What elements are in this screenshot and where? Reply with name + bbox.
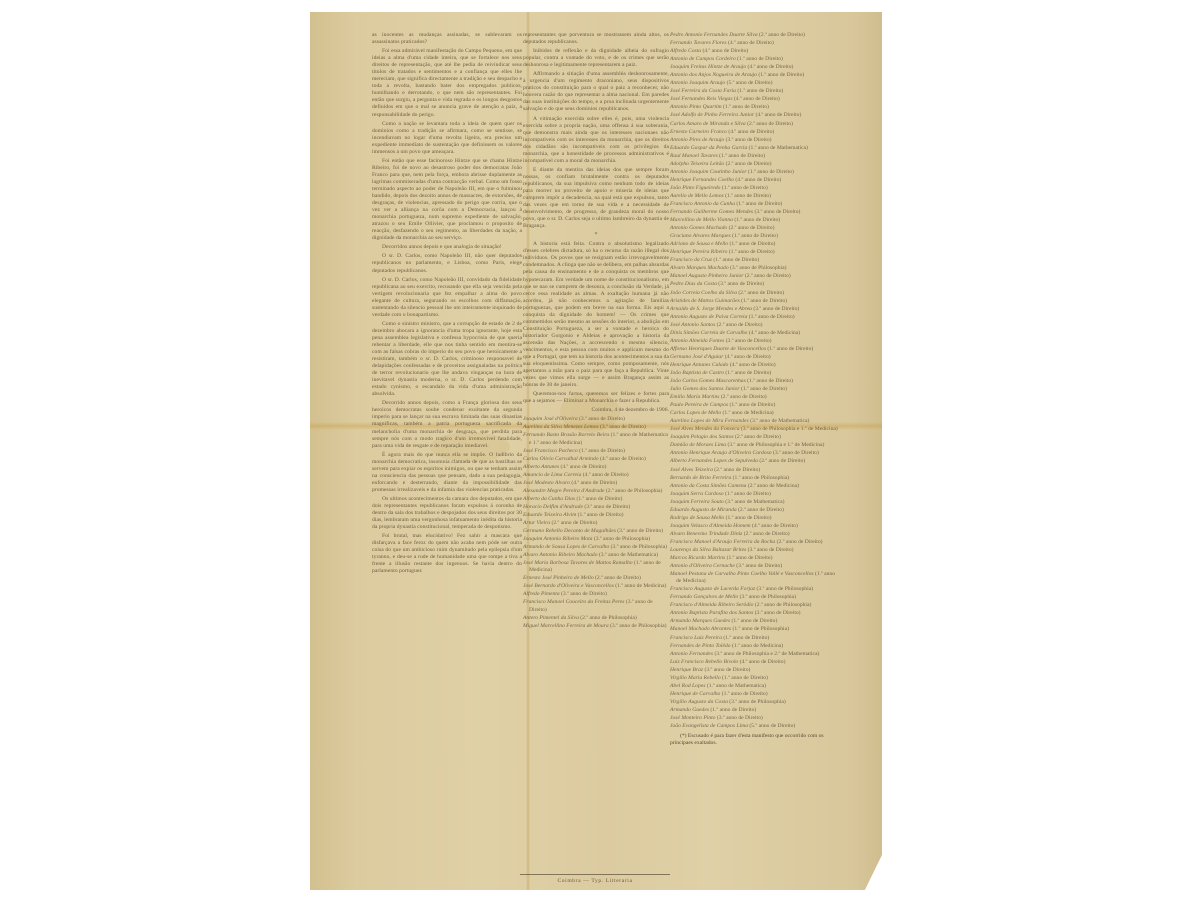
signatory-name: João Carlos Gomes Mascarenhas <box>670 378 747 384</box>
signatory: Virgilio Maria Rebello (1.º anno de Dire… <box>670 675 838 682</box>
signatory-course: (4.º anno de Direito) <box>583 472 629 478</box>
signatory-name: Alfredo Costa <box>670 48 702 54</box>
signatory: Arnaldo de S. Jorge Mendes e Abreu (3.º … <box>670 306 838 313</box>
signatory-name: Fernando Basto Brasão Borrelo Beira <box>523 432 611 438</box>
signatory-course: (4.º anno de Medicina) <box>749 330 800 336</box>
signatory-name: José Adolfo de Pinho Ferreira Junior <box>670 112 755 118</box>
signatory: José Alves Mendes da Fonseca (3.º anno d… <box>670 426 838 433</box>
signatory-name: Eduardo Gaspar da Penha Garcia <box>670 145 749 151</box>
signatory-name: Emilio Maria Martins <box>670 394 721 400</box>
signatory-name: Alberto da Cunha Dias <box>523 496 576 502</box>
signatory-name: Ernesto José Pinheiro de Mello <box>523 575 595 581</box>
signatory-name: Lourenço da Silva Baltazar Brites <box>670 547 748 553</box>
signatory-name: José Maria Barbosa Tavares de Mattos Ram… <box>523 560 634 566</box>
signatory-course: (1.º anno de Philosophia) <box>733 475 789 481</box>
signatory-name: José Alves Mendes da Fonseca <box>670 426 741 432</box>
signatory-name: Manoel Pestana de Carvalho Pinto Coelho … <box>670 571 815 577</box>
signatory-course: (2.º anno de Direito) <box>745 273 791 279</box>
signatory-course: (1.º anno de Direito) <box>758 72 804 78</box>
paragraph: as inocentes as mudanças assinadas, se s… <box>372 32 522 46</box>
signatory-course: (1.º anno de Direito) <box>723 635 769 641</box>
signatory: Alberto Antunes (4.º anno de Direito) <box>523 464 669 471</box>
printer-imprint: Coimbra — Typ. Litteraria <box>520 874 670 884</box>
signatory: Eduardo Augusto de Miranda (2.º anno de … <box>670 507 838 514</box>
signatory-name: Antonio da Costa Simões Camena <box>670 483 748 489</box>
signatory-course: (4.º anno de Direito) <box>561 464 607 470</box>
signatory-name: José Antonio Santos <box>670 322 717 328</box>
signatory-name: Antonio Fernandes <box>670 651 714 657</box>
signatory-name: Fernando Tavares Flores <box>670 40 728 46</box>
signatory: Joaquim José d'Oliveira (3.º anno de Dir… <box>523 416 669 423</box>
signatory-name: Fernando Gonçalves de Mello <box>670 594 740 600</box>
signatory: José Adolfo de Pinho Ferreira Junior (4.… <box>670 112 838 119</box>
signatory: Abel Rod Lopes (1.º anno de Mathematica) <box>670 683 838 690</box>
signatory: Amancio de Lima Correia (4.º anno de Dir… <box>523 472 669 479</box>
signatory-name: Henrique Fernandes Coelho <box>670 177 735 183</box>
signatory-name: Alvaro Benevino Trindade Diniz <box>670 531 744 537</box>
signatory-name: Carlos Lopes de Mello <box>670 410 723 416</box>
signatory-name: José Alves Teixeira <box>670 467 714 473</box>
signatory-course: (3.º anno de Direito) <box>748 547 794 553</box>
signatory-course: (1.º anno de Direito) <box>748 169 794 175</box>
signatory-course: (3.º anno de Philosophia e 1.º de Medici… <box>728 442 825 448</box>
section-separator: * <box>523 232 669 238</box>
dateline: Coimbra, 4 de dezembro de 1906. <box>523 407 669 414</box>
signatory: Antonio dos Anjos Nogueira de Araujo (1.… <box>670 72 838 79</box>
signatory-course: (1.º anno de Direito) <box>741 298 787 304</box>
signatory: Marcos Ricardo Martins (1.º anno de Dire… <box>670 555 838 562</box>
signatory-course: (2.º anno de Direito) <box>747 121 793 127</box>
signatory-name: Alvaro Marques Machado <box>670 265 730 271</box>
signatory-course: (5.º anno de Direito) <box>727 80 773 86</box>
signatory-name: Germano Rebello Decanto de Magalhães <box>523 528 617 534</box>
signatory-course: (1.º anno de Direito) <box>722 691 768 697</box>
signatory: Manoel Pestana de Carvalho Pinto Coelho … <box>670 571 838 585</box>
signatory-name: Aurelio de Mello Lemos <box>670 193 725 199</box>
signatory-course: (1.º anno de Direito) <box>722 675 768 681</box>
signatory-course: (3.º anno de Direito) <box>726 137 772 143</box>
signatory: Antonio Augusto de Paiva Correia (1.º an… <box>670 314 838 321</box>
signatory-course: (1.º anno de Direito) <box>579 448 625 454</box>
signatory-course: (1.º anno de Direito) <box>722 185 768 191</box>
signatory-name: Carlos Amaro de Miranda e Silva <box>670 121 747 127</box>
signatory: Francisco Augusto de Lacerda Forjaz (3.º… <box>670 586 838 593</box>
signatory-name: João Baptista de Castro <box>670 370 725 376</box>
signatory-course: (3.º anno de Direito) <box>718 281 764 287</box>
signatory-course: (3.º anno de Mathematica) <box>725 499 784 505</box>
signatory-course: (2.º anno de Direito) <box>726 161 772 167</box>
signatory-name: Manoel Machado Abrantes <box>670 626 733 632</box>
signatory: Virgilio Augusto da Costa (3.º anno de P… <box>670 699 838 706</box>
signatory-name: Antonio Augusto de Paiva Correia <box>670 314 749 320</box>
signatory: Affonso Henriques Duarte de Vasconcellos… <box>670 346 838 353</box>
signatory: Antero Pimentel da Silva (2.º anno de Ph… <box>523 615 669 622</box>
signatory: Eduardo Gaspar da Penha Garcia (1.º anno… <box>670 145 838 152</box>
text-column-3: Pedro Antonio Fernandes Duarte Silva (2.… <box>670 32 838 747</box>
signatory: Graciano Alvares Marques (1.º anno de Di… <box>670 233 838 240</box>
signatory-course: (1.º anno de Direito) <box>749 314 795 320</box>
signatory: Antonio d'Oliveira Cernache (3.º anno de… <box>670 563 838 570</box>
signatory-course: (3.º anno de Direito) <box>600 424 646 430</box>
signatory: João Carlos Gomes Mascarenhas (1.º anno … <box>670 378 838 385</box>
signatory-name: Francisco d'Almeida Ribeiro Serôdio <box>670 602 755 608</box>
signatory-name: Antonio Gomes Machado <box>670 225 729 231</box>
signatory-course: (2.º anno de Philosophia) <box>755 602 811 608</box>
signatory-name: Henrique de Carvalho <box>670 691 722 697</box>
signatory-course: (2.º anno de Philosophia) <box>580 615 636 621</box>
signatory-course: (4.º anno de Direito) <box>728 40 774 46</box>
signatory: Alexandre Megre Pereira d'Andrade (2.º a… <box>523 488 669 495</box>
signatory: Carlos Lopes de Mello (1.º anno de Medic… <box>670 410 838 417</box>
signatory-course: (1.º anno de Direito) <box>741 386 787 392</box>
signatory: Francisco d'Almeida Ribeiro Serôdio (2.º… <box>670 602 838 609</box>
signatory: Alvaro Benevino Trindade Diniz (2.º anno… <box>670 531 838 538</box>
signatory-course: (3.º anno de Philosophia e 1.º de Medici… <box>741 426 838 432</box>
signatory: Lourenço da Silva Baltazar Brites (3.º a… <box>670 547 838 554</box>
signatory-course: (4.º anno de Direito) <box>755 112 801 118</box>
paragraph: É agora mais do que nunca ella se impõe.… <box>372 452 522 494</box>
signatory-name: Antonio Pinto Quartim <box>670 104 723 110</box>
paragraph: Foi essa admirável manifestação do Campo… <box>372 48 522 118</box>
signatory: Francisco Luiz Pereira (1.º anno de Dire… <box>670 635 838 642</box>
signatory-name: Alfredo Pimenta <box>523 591 561 597</box>
signatory-name: João Correia Coelho da Silva <box>670 290 738 296</box>
signatory: Aurelino da Silva Menezes Lemos (3.º ann… <box>523 424 669 431</box>
signatory-name: Armando Guedes <box>670 707 710 713</box>
signatory-course: (4.º anno de Direito) <box>730 362 776 368</box>
signatory: José Modesto Alvaro (4.º anno de Direito… <box>523 480 669 487</box>
signatory-name: Aristides de Mattos Guimarães <box>670 298 741 304</box>
signatory: Joaquim Ferreira Souto (3.º anno de Math… <box>670 499 838 506</box>
paragraph: Como a nação se levantara toda a ideia d… <box>372 121 522 156</box>
signatory-course: (3.º anno de Philosophia) <box>729 699 785 705</box>
signatory: Luiz Francisco Rebello Bivolo (4.º anno … <box>670 659 838 666</box>
signatory-course: (1.º anno de Medicina) <box>732 643 783 649</box>
signatory: Damião de Moraes Lima (3.º anno de Philo… <box>670 442 838 449</box>
signatory-name: Armando Marques Guedes <box>670 618 731 624</box>
signatory-name: Joaquim Serra Cardoso <box>670 491 725 497</box>
signatory: Joaquim Pelagio dos Santos (2.º anno de … <box>670 434 838 441</box>
signatory-course: (4.º anno de Direito) <box>748 64 794 70</box>
signatory-name: Virgilio Augusto da Costa <box>670 699 729 705</box>
signatory-name: José Francisco Pacheco <box>523 448 579 454</box>
signatory: Antonio Baptista Parafita dos Santos (3.… <box>670 610 838 617</box>
signatory-course: (1.º anno de Direito) <box>736 201 782 207</box>
signatory-name: Henrique Antunes Calado <box>670 362 730 368</box>
signatory: Rodrigo de Sousa Mello (1.º anno de Dire… <box>670 515 838 522</box>
signatory-name: Ernesto Carneiro Franco <box>670 129 728 135</box>
signatory: Germano Rebello Decanto de Magalhães (3.… <box>523 528 669 535</box>
signatory-name: Manoel Augusto Pinheiro Junior <box>670 273 745 279</box>
signatory: Alvaro Antonio Ribeiro Machado (3.º anno… <box>523 552 669 559</box>
signatory-name: Henrique Braz <box>670 667 705 673</box>
signatory-course: (1.º anno de Mathematica) <box>749 145 808 151</box>
paragraph: Foi então que esse facinoroso Hintze que… <box>372 158 522 243</box>
signatory-name: Francisco Augusto de Lacerda Forjaz <box>670 586 757 592</box>
signatory: Aristides de Mattos Guimarães (1.º anno … <box>670 298 838 305</box>
paragraph: O sr. D. Carlos, como Napoleão III, não … <box>372 253 522 274</box>
signatory-name: Francisco Luiz Pereira <box>670 635 723 641</box>
paragraph: O sr. D. Carlos, como Napoleão III, conv… <box>372 277 522 319</box>
signatory-name: Joaquim Velasco d'Almeida Homem <box>670 523 752 529</box>
signatory: Antonio Henrique Araujo d'Oliveira Cardo… <box>670 450 838 457</box>
signatory: Manoel Augusto Pinheiro Junior (2.º anno… <box>670 273 838 280</box>
signatory-course: (2.º anno de Direito) <box>759 32 805 38</box>
signatory-course: (3.º anno de Direito) <box>705 667 751 673</box>
signatory-course: (4.º anno de Direito) <box>735 177 781 183</box>
signatory-course: (5.º anno de Direito) <box>749 723 795 729</box>
signatory-course: (2.º anno de Direito) <box>721 394 767 400</box>
signatory-course: (1.º anno de Direito) <box>747 378 793 384</box>
signatory-name: Virgilio Maria Rebello <box>670 675 722 681</box>
signatory: Fernando Basto Brasão Borrelo Beira (1.º… <box>523 432 669 446</box>
signatory-name: Fernando Guilherme Gomes Mendes <box>670 209 755 215</box>
signatory: Armando de Sousa Lopes de Carvalho (3.º … <box>523 544 669 551</box>
signatory-course: (3.º anno de Mathematica) <box>750 418 809 424</box>
signatory-name: Amancio de Lima Correia <box>523 472 583 478</box>
signatory-name: Eduardo Teixeira Alvim <box>523 512 578 518</box>
signatory-course: (1.º anno de Direito) <box>723 104 769 110</box>
signatory-name: João Evangelista de Campos Lima <box>670 723 749 729</box>
signatory: João Correia Coelho da Silva (2.º anno d… <box>670 290 838 297</box>
signatory-course: (3.º anno de Philosophia) <box>757 586 813 592</box>
signatory: Henrique Pereira Ribeiro (1.º anno de Di… <box>670 249 838 256</box>
paragraph: Decorrido annos depois, como a França gl… <box>372 400 522 449</box>
paragraph: Affirmando a sitiação d'uma assembléa de… <box>523 71 669 113</box>
signatory: Eduardo Teixeira Alvim (1.º anno de Dire… <box>523 512 669 519</box>
signatory: Antonio Pires de Araujo (3.º anno de Dir… <box>670 137 838 144</box>
signatory-name: Marcos Ricardo Martins <box>670 555 727 561</box>
signatory: Aurelio de Mello Lemos (1.º anno de Dire… <box>670 193 838 200</box>
signatory-course: (1.º anno de Philosophia) <box>733 626 789 632</box>
signatory: Emilio Maria Martins (2.º anno de Direit… <box>670 394 838 401</box>
signatory-course: (4.º anno de Direito) <box>600 456 646 462</box>
signatory: Alfredo Pimenta (3.º anno de Direito) <box>523 591 669 598</box>
signatory: Francisco da Cruz (1.º anno de Direito) <box>670 257 838 264</box>
signatory-name: Alvaro Antonio Ribeiro Machado <box>523 552 599 558</box>
signatory-name: Pedro Dias da Costa <box>670 281 718 287</box>
signatory-course: (4.º anno de Direito) <box>702 48 748 54</box>
signatory-course: (2.º anno de Direito) <box>744 531 790 537</box>
signatory: José Bernardo d'Oliveira e Vasconcellos … <box>523 583 669 590</box>
signatory-course: (1.º anno de Medicina) <box>723 410 774 416</box>
signatory: Alberto Fernandes Lopes de Sepulveda (2.… <box>670 458 838 465</box>
signatory: Bernardo de Brito Ferreira (1.º anno de … <box>670 475 838 482</box>
signatory-name: Joaquim Ferreira Souto <box>670 499 725 505</box>
signatory: José Francisco Pacheco (1.º anno de Dire… <box>523 448 669 455</box>
signatory-course: (2.º anno de Medicina) <box>748 483 799 489</box>
signatory-name: Francisco da Cruz <box>670 257 713 263</box>
signatory-course: (3.º anno de Direito) <box>753 306 799 312</box>
signatory: João Baptista de Castro (1.º anno de Dir… <box>670 370 838 377</box>
signatory-name: Francisco Antonio da Cunha <box>670 201 736 207</box>
paragraph: A historia está feita. Contra o absoluti… <box>523 241 669 389</box>
signatory-course: (3.º anno de Direito) <box>726 338 772 344</box>
signatory-name: Miguel Marcellino Ferreira de Moura <box>523 623 610 629</box>
signatory: Ernesto Carneiro Franco (4.º anno de Dir… <box>670 129 838 136</box>
signatory-name: José Monteiro Pinto <box>670 715 717 721</box>
signatory-course: (1.º anno de Direito) <box>737 56 783 62</box>
paragraph: Queremos-nos fartos, queremos ser felize… <box>523 391 669 405</box>
signatory-course: (1.º anno de Direito) <box>732 233 778 239</box>
signatory-course: (4.º anno de Direito) <box>725 354 771 360</box>
signatory: Armando Marques Guedes (1.º anno de Dire… <box>670 618 838 625</box>
signatory: Marcellino de Mello Vianna (1.º anno de … <box>670 217 838 224</box>
signatory: Joaquim Velasco d'Almeida Homem (4.º ann… <box>670 523 838 530</box>
signatory: Francisco Antonio da Cunha (1.º anno de … <box>670 201 838 208</box>
signatory-course: (4.º anno de Direito) <box>752 523 798 529</box>
signatory-name: Affonso Henriques Duarte de Vasconcellos <box>670 346 767 352</box>
signatory-course: (4.º anno de Direito) <box>728 129 774 135</box>
signatory-name: Antonio Henrique Araujo d'Oliveira Cardo… <box>670 450 773 456</box>
signatory: José Antonio Santos (2.º anno de Direito… <box>670 322 838 329</box>
signatory-course: (2.º anno de Philosophia) <box>606 488 662 494</box>
signatory-course: (1.º anno de Direito) <box>725 491 771 497</box>
signatory-course: (2.º anno de Direito) <box>738 507 784 513</box>
signatory: Antonio Joaquim Araujo (5.º anno de Dire… <box>670 80 838 87</box>
signatory-course: (1.º anno de Direito) <box>729 402 775 408</box>
signatory-course: (1.º anno de Direito) <box>725 193 771 199</box>
signatory-name: Antero Pimentel da Silva <box>523 615 580 621</box>
signatory: Aurelino Lopes de Mira Fernandes (3.º an… <box>670 418 838 425</box>
signatory: Alberto da Cunha Dias (1.º anno de Direi… <box>523 496 669 503</box>
paragraph: Decorridos annos depois e que analogia d… <box>372 244 522 251</box>
signatory-list: Joaquim José d'Oliveira (3.º anno de Dir… <box>523 416 669 629</box>
signatory: Joaquim Freitas Hintze de Araujo (4.º an… <box>670 64 838 71</box>
signatory-course: (1.º anno de Direito) <box>729 249 775 255</box>
signatory-name: Francisco Manoel d'Araujo Ferreira da Ro… <box>670 539 777 545</box>
signatory-course: (3.º anno de Direito) <box>584 504 630 510</box>
signatory-course: (3.º anno de Direito) <box>717 715 763 721</box>
signatory: Fernando Gonçalves de Mello (3.º anno de… <box>670 594 838 601</box>
signatory-course: (3.º anno de Philosophia) <box>611 544 667 550</box>
signatory-name: Armando de Sousa Lopes de Carvalho <box>523 544 611 550</box>
signatory: Alfredo Costa (4.º anno de Direito) <box>670 48 838 55</box>
signatory-course: (2.º anno de Direito) <box>717 322 763 328</box>
signatory-name: José Ferreira da Costa Faria <box>670 88 737 94</box>
signatory-course: (3.º anno de Direito) <box>561 591 607 597</box>
signatory: Horacio Delfim d'Andrade (3.º anno de Di… <box>523 504 669 511</box>
signatory-name: José Modesto Alvaro <box>523 480 571 486</box>
signatory-name: Antonio Almeida Fontes <box>670 338 726 344</box>
signatory-name: José Fernandes Reis Viegas <box>670 96 734 102</box>
signatory: Alvaro Marques Machado (3.º anno de Phil… <box>670 265 838 272</box>
paragraph: A vitimação exercida sobre elles é, pois… <box>523 116 669 165</box>
signatory-course: (1.º anno de Direito) <box>767 346 813 352</box>
signatory: Antonio Pinto Quartim (1.º anno de Direi… <box>670 104 838 111</box>
signatory-name: Antonio Joaquim Coutinho Junior <box>670 169 748 175</box>
signatory: Pedro Antonio Fernandes Duarte Silva (2.… <box>670 32 838 39</box>
signatory: João Evangelista de Campos Lima (5.º ann… <box>670 723 838 730</box>
signatory-course: (2.º anno de Direito) <box>729 225 775 231</box>
signatory: Fernando Tavares Flores (4.º anno de Dir… <box>670 40 838 47</box>
signatory-list: Pedro Antonio Fernandes Duarte Silva (2.… <box>670 32 838 730</box>
signatory-course: (1.º anno de Direito) <box>727 555 773 561</box>
signatory: José Monteiro Pinto (3.º anno de Direito… <box>670 715 838 722</box>
signatory: Henrique Antunes Calado (4.º anno de Dir… <box>670 362 838 369</box>
signatory-course: (1.º anno de Mathematica) <box>707 683 766 689</box>
signatory-course: (1.º anno de Direito) <box>726 515 772 521</box>
signatory-name: João Pinto Figueiredo <box>670 185 722 191</box>
signatory-course: (2.º anno de Direito) <box>735 434 781 440</box>
signatory-course: (3.º anno de Direito) <box>773 450 819 456</box>
signatory: Henrique Fernandes Coelho (4.º anno de D… <box>670 177 838 184</box>
signatory-name: Artur Vieira <box>523 520 552 526</box>
signatory-course: (1.º anno de Direito) <box>719 153 765 159</box>
signatory-course: (1.º anno de Direito) <box>737 88 783 94</box>
signatory-course: (2.º anno de Direito) <box>759 458 805 464</box>
signatory: José Ferreira da Costa Faria (1.º anno d… <box>670 88 838 95</box>
signatory-name: Antonio d'Oliveira Cernache <box>670 563 736 569</box>
signatory-name: Alberto Fernandes Lopes de Sepulveda <box>670 458 759 464</box>
signatory-name: Aurelino Lopes de Mira Fernandes <box>670 418 750 424</box>
signatory-course: (3.º anno de Direito) <box>755 209 801 215</box>
paragraph: Inibidos de reflexão e da dignidade alhe… <box>523 48 669 69</box>
signatory-name: Joaquim José d'Oliveira <box>523 416 579 422</box>
signatory-name: Arnaldo de S. Jorge Mendes e Abreu <box>670 306 753 312</box>
signatory-course: (3.º anno de Direito) <box>617 528 663 534</box>
signatory: Francisco Manoel Couceiro da Freitas Per… <box>523 599 669 613</box>
signatory-course: (3.º anno de Philosophia) <box>740 594 796 600</box>
signatory: Joaquim Antonio Ribeiro Mota (3.º anno d… <box>523 536 669 543</box>
signatory-name: Dinis Simões Correia de Carvalho <box>670 330 749 336</box>
signatory-name: Adolpho Teixeira Leitão <box>670 161 726 167</box>
signatory: Raul Manoel Tavares (1.º anno de Direito… <box>670 153 838 160</box>
signatory-course: (3.º anno de Direito) <box>736 563 782 569</box>
signatory-course: (4.º anno de Direito) <box>740 659 786 665</box>
signatory: Germano José d'Aguiar (4.º anno de Direi… <box>670 354 838 361</box>
signatory-name: Aurelino da Silva Menezes Lemos <box>523 424 600 430</box>
signatory-course: (2.º anno de Direito) <box>552 520 598 526</box>
signatory-name: Luiz Francisco Rebello Bivolo <box>670 659 740 665</box>
signatory-course: (2.º anno de Direito) <box>777 539 823 545</box>
signatory-name: Julio Gomes dos Santos Junior <box>670 386 741 392</box>
signatory-course: (1.º anno de Direito) <box>713 257 759 263</box>
signatory: Julio Gomes dos Santos Junior (1.º anno … <box>670 386 838 393</box>
signatory: Fernando Guilherme Gomes Mendes (3.º ann… <box>670 209 838 216</box>
signatory-name: Alexandre Megre Pereira d'Andrade <box>523 488 606 494</box>
signatory: Antonio da Costa Simões Camena (2.º anno… <box>670 483 838 490</box>
signatory: Antonio de Campos Cordeiro (1.º anno de … <box>670 56 838 63</box>
signatory: Ernesto José Pinheiro de Mello (2.º anno… <box>523 575 669 582</box>
signatory: José Maria Barbosa Tavares de Mattos Ram… <box>523 560 669 574</box>
signatory-name: Fernandes de Pinto Tolêdo <box>670 643 732 649</box>
paragraph: E diante da mentira das ideias dos que s… <box>523 167 669 230</box>
signatory-name: Alberto Antunes <box>523 464 561 470</box>
signatory-name: Bernardo de Brito Ferreira <box>670 475 733 481</box>
signatory: Artur Vieira (2.º anno de Direito) <box>523 520 669 527</box>
signatory-name: Eduardo Augusto de Miranda <box>670 507 738 513</box>
signatory-name: Francisco Manoel Couceiro da Freitas Per… <box>523 599 626 605</box>
signatory: Antonio Fernandes (3.º anno de Philosoph… <box>670 651 838 658</box>
signatory-name: Antonio Baptista Parafita dos Santos <box>670 610 755 616</box>
signatory: Pedro Dias da Costa (3.º anno de Direito… <box>670 281 838 288</box>
signatory-course: (1.º anno de Direito) <box>710 707 756 713</box>
signatory: Manoel Machado Abrantes (1.º anno de Phi… <box>670 626 838 633</box>
signatory-course: (3.º anno de Mathematica) <box>599 552 658 558</box>
signatory-name: José Bernardo d'Oliveira e Vasconcellos <box>523 583 615 589</box>
signatory-name: Marcellino de Mello Vianna <box>670 217 734 223</box>
signatory: Antonio Almeida Fontes (3.º anno de Dire… <box>670 338 838 345</box>
signatory: Carlos Olivio Carvalhal Armindo (4.º ann… <box>523 456 669 463</box>
signatory-course: (2.º anno de Direito) <box>595 575 641 581</box>
signatory: Henrique de Carvalho (1.º anno de Direit… <box>670 691 838 698</box>
signatory-course: (1.º anno de Direito) <box>578 512 624 518</box>
signatory-course: (1.º anno de Direito) <box>730 241 776 247</box>
signatory: Antonio Joaquim Coutinho Junior (1.º ann… <box>670 169 838 176</box>
signatory: João Pinto Figueiredo (1.º anno de Direi… <box>670 185 838 192</box>
signatory: Dinis Simões Correia de Carvalho (4.º an… <box>670 330 838 337</box>
